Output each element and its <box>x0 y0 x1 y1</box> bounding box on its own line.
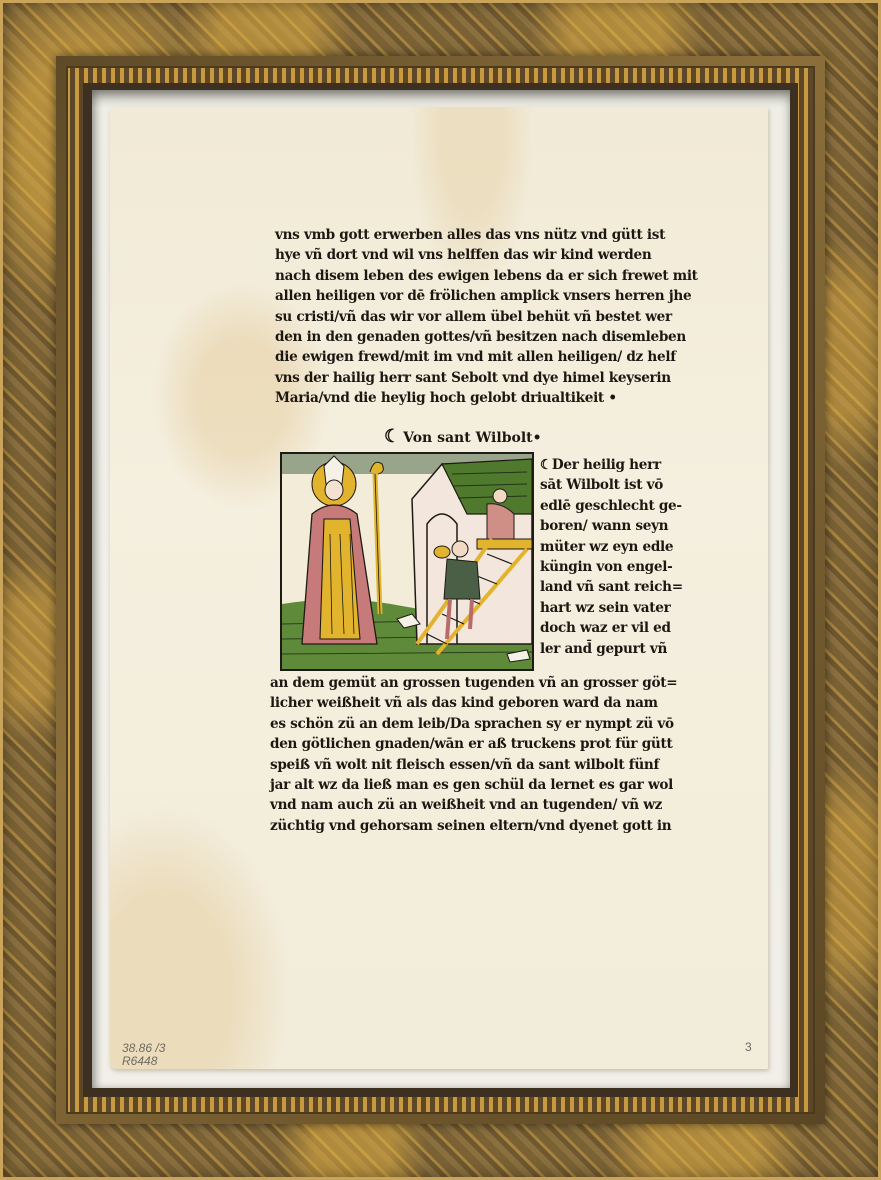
text-line: hye vñ dort vnd wil vns helffen das wir … <box>275 245 685 265</box>
text-line: müter wz eyn edle <box>540 537 690 557</box>
text-line: den in den genaden gottes/vñ besitzen na… <box>275 327 685 347</box>
heading-text: Von sant Wilbolt• <box>403 430 541 446</box>
text-line: su cristi/vñ das wir vor allem übel behü… <box>275 307 685 327</box>
bottom-text-block: an dem gemüt an grossen tugenden vñ an g… <box>270 673 685 836</box>
text-line: licher weißheit vñ als das kind geboren … <box>270 693 685 713</box>
text-line: Maria/vnd die heylig hoch gelobt driualt… <box>275 388 685 408</box>
text-line: doch waz er vil ed <box>540 618 690 638</box>
text-line: ☾Der heilig herr <box>540 455 690 475</box>
text-line: an dem gemüt an grossen tugenden vñ an g… <box>270 673 685 693</box>
text-line: vnd nam auch zü an weißheit vnd an tugen… <box>270 795 685 815</box>
text-line: land vñ sant reich= <box>540 577 690 597</box>
text-line: vns vmb gott erwerben alles das vns nütz… <box>275 225 685 245</box>
chapter-heading: ☾Von sant Wilbolt• <box>384 426 542 447</box>
side-text-column: ☾Der heilig herr sāt Wilbolt ist vō edlē… <box>540 455 690 659</box>
text-line: allen heiligen vor dē frölichen amplick … <box>275 286 685 306</box>
text-line: die ewigen frewd/mit im vnd mit allen he… <box>275 347 685 367</box>
text-line: edlē geschlecht ge- <box>540 496 690 516</box>
paragraph-mark-icon: ☾ <box>384 426 400 447</box>
text-line: hart wz sein vater <box>540 598 690 618</box>
accession-line-2: R6448 <box>122 1055 165 1068</box>
woodcut-scene-icon <box>282 454 532 669</box>
text-line: jar alt wz da ließ man es gen schül da l… <box>270 775 685 795</box>
text-line: vns der hailig herr sant Sebolt vnd dye … <box>275 368 685 388</box>
pencil-accession-number: 38.86 /3 R6448 <box>122 1042 165 1068</box>
page-number: 3 <box>745 1040 752 1054</box>
text-line: nach disem leben des ewigen lebens da er… <box>275 266 685 286</box>
text-line: den götlichen gnaden/wān er aß truckens … <box>270 734 685 754</box>
text-line: sāt Wilbolt ist vō <box>540 475 690 495</box>
text-line: küngin von engel- <box>540 557 690 577</box>
text-line: züchtig vnd gehorsam seinen eltern/vnd d… <box>270 816 685 836</box>
text-line: speiß vñ wolt nit fleisch essen/vñ da sa… <box>270 755 685 775</box>
text-line: es schön zü an dem leib/Da sprachen sy e… <box>270 714 685 734</box>
top-text-block: vns vmb gott erwerben alles das vns nütz… <box>275 225 685 409</box>
text-line: boren/ wann seyn <box>540 516 690 536</box>
woodcut-illustration <box>280 452 534 671</box>
text-line: ler and̄ gepurt vñ <box>540 639 690 659</box>
